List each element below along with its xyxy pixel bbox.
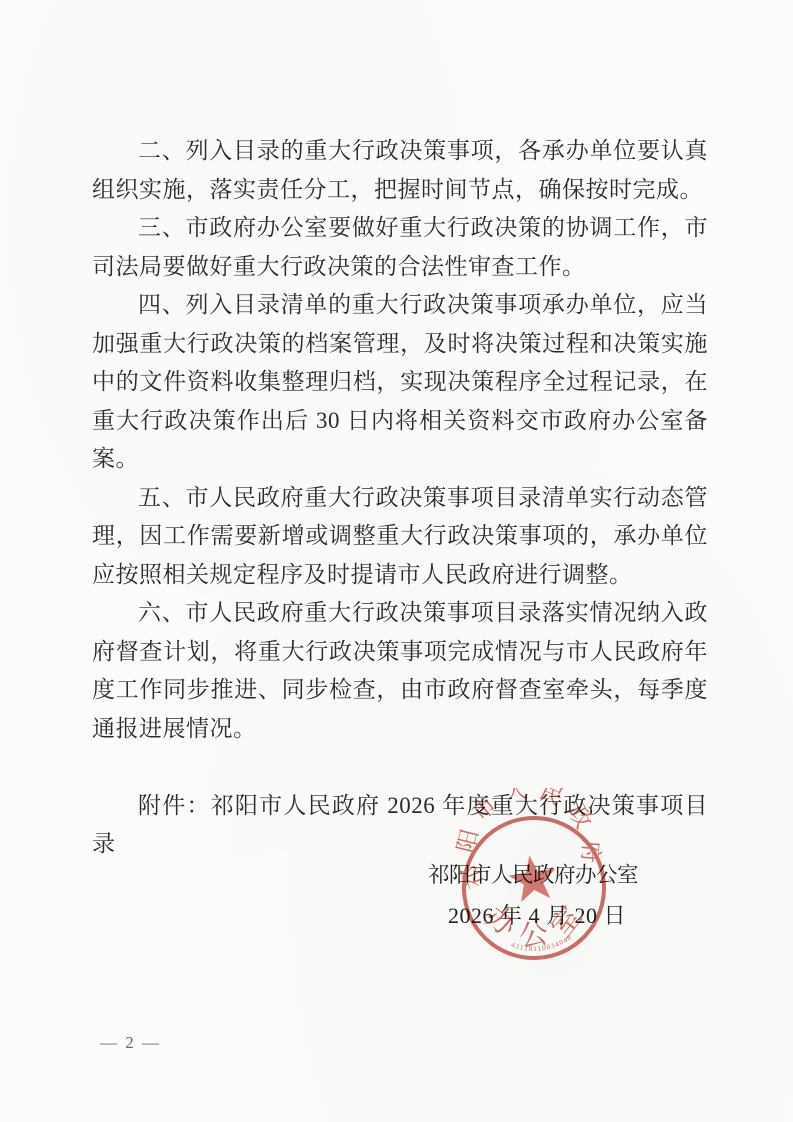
document-page: 二、列入目录的重大行政决策事项，各承办单位要认真组织实施，落实责任分工，把握时间… [0, 0, 793, 1122]
body-paragraph: 三、市政府办公室要做好重大行政决策的协调工作，市司法局要做好重大行政决策的合法性… [92, 209, 708, 286]
document-body: 二、列入目录的重大行政决策事项，各承办单位要认真组织实施，落实责任分工，把握时间… [92, 132, 708, 864]
body-paragraph: 四、列入目录清单的重大行政决策事项承办单位，应当加强重大行政决策的档案管理，及时… [92, 286, 708, 479]
signature-issuer: 祁阳市人民政府办公室 [428, 858, 638, 889]
seal-code: 43118110034048 [509, 932, 575, 956]
svg-text:43118110034048: 43118110034048 [509, 932, 575, 956]
body-paragraph: 五、市人民政府重大行政决策事项目录清单实行动态管理，因工作需要新增或调整重大行政… [92, 479, 708, 595]
signature-date: 2026 年 4 月 20 日 [448, 899, 626, 930]
body-paragraph: 六、市人民政府重大行政决策事项目录落实情况纳入政府督查计划，将重大行政决策事项完… [92, 594, 708, 748]
body-paragraph: 二、列入目录的重大行政决策事项，各承办单位要认真组织实施，落实责任分工，把握时间… [92, 132, 708, 209]
page-number: — 2 — [100, 1033, 161, 1053]
attachment-line: 附件：祁阳市人民政府 2026 年度重大行政决策事项目录 [92, 787, 708, 864]
